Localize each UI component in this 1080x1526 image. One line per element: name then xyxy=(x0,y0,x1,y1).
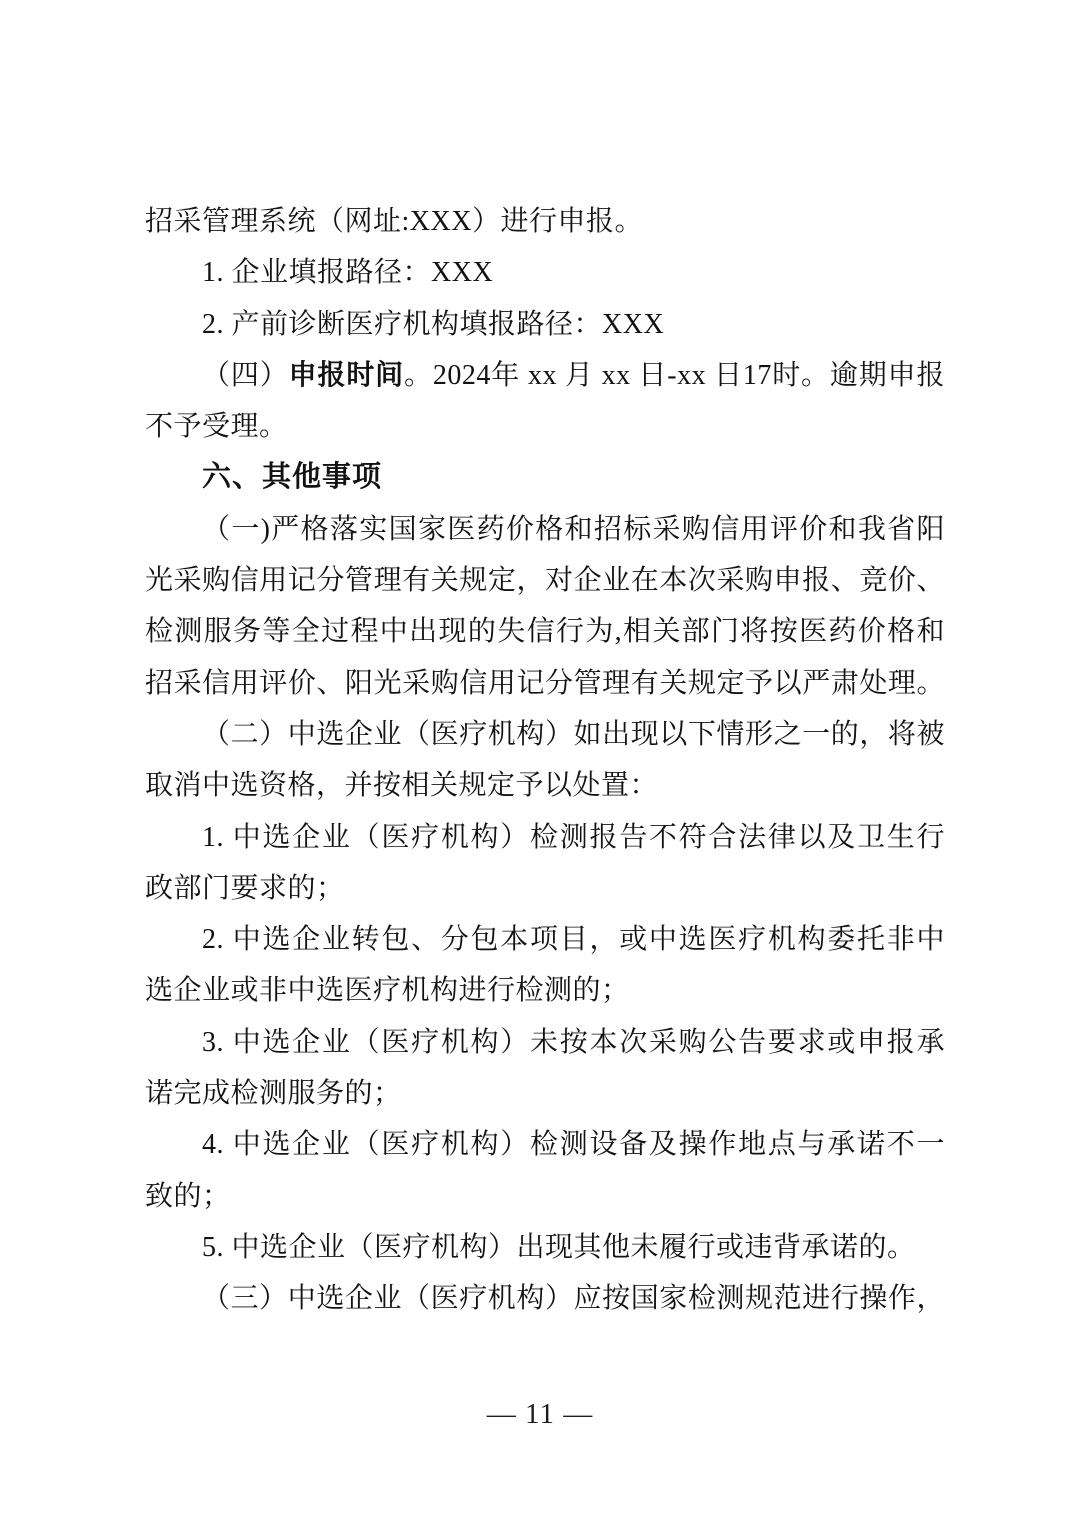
text-line: 招采管理系统（网址:XXX）进行申报。 xyxy=(145,196,945,247)
section-heading: 六、其他事项 xyxy=(145,452,945,503)
text-run: 4. 中选企业（医疗机构）检测设备及操作地点与承诺不一 xyxy=(202,1129,945,1160)
text-run: 招采信用评价、阳光采购信用记分管理有关规定予以严肃处理。 xyxy=(145,668,945,699)
text-line: 5. 中选企业（医疗机构）出现其他未履行或违背承诺的。 xyxy=(145,1222,945,1273)
text-run-bold: 申报时间 xyxy=(289,360,404,391)
text-run: 2. 中选企业转包、分包本项目，或中选医疗机构委托非中 xyxy=(202,924,945,955)
text-run-bold: 六、其他事项 xyxy=(202,461,382,493)
text-run: 检测服务等全过程中出现的失信行为,相关部门将按医药价格和 xyxy=(145,616,945,647)
page-footer: — 11 — xyxy=(0,1398,1080,1431)
text-line: 不予受理。 xyxy=(145,401,945,452)
page-number: — 11 — xyxy=(487,1398,593,1430)
text-run: （三）中选企业（医疗机构）应按国家检测规范进行操作， xyxy=(202,1283,945,1314)
text-line: 招采信用评价、阳光采购信用记分管理有关规定予以严肃处理。 xyxy=(145,658,945,709)
text-line: 选企业或非中选医疗机构进行检测的； xyxy=(145,965,945,1016)
text-line: （一)严格落实国家医药价格和招标采购信用评价和我省阳 xyxy=(145,504,945,555)
text-run: 政部门要求的； xyxy=(145,873,345,904)
text-line: 2. 中选企业转包、分包本项目，或中选医疗机构委托非中 xyxy=(145,914,945,965)
text-line: （四）申报时间。2024年 xx 月 xx 日-xx 日17时。逾期申报 xyxy=(145,350,945,401)
text-run: 选企业或非中选医疗机构进行检测的； xyxy=(145,975,630,1006)
text-run: 3. 中选企业（医疗机构）未按本次采购公告要求或申报承 xyxy=(202,1027,945,1058)
text-run: 诺完成检测服务的； xyxy=(145,1078,402,1109)
text-line: 2. 产前诊断医疗机构填报路径：XXX xyxy=(145,299,945,350)
text-run: （二）中选企业（医疗机构）如出现以下情形之一的，将被 xyxy=(202,719,945,750)
text-run: 5. 中选企业（医疗机构）出现其他未履行或违背承诺的。 xyxy=(202,1232,916,1263)
text-line: 检测服务等全过程中出现的失信行为,相关部门将按医药价格和 xyxy=(145,606,945,657)
text-run: 不予受理。 xyxy=(145,411,288,442)
text-line: 4. 中选企业（医疗机构）检测设备及操作地点与承诺不一 xyxy=(145,1119,945,1170)
text-line: 致的； xyxy=(145,1171,945,1222)
text-run: 致的； xyxy=(145,1181,231,1212)
text-line: 政部门要求的； xyxy=(145,863,945,914)
text-line: 1. 企业填报路径：XXX xyxy=(145,247,945,298)
document-page: 招采管理系统（网址:XXX）进行申报。1. 企业填报路径：XXX2. 产前诊断医… xyxy=(0,0,1080,1526)
text-run: （四） xyxy=(202,360,289,391)
text-run: （一)严格落实国家医药价格和招标采购信用评价和我省阳 xyxy=(202,514,945,545)
text-line: （三）中选企业（医疗机构）应按国家检测规范进行操作， xyxy=(145,1273,945,1324)
text-run: 取消中选资格，并按相关规定予以处置： xyxy=(145,770,658,801)
text-line: 光采购信用记分管理有关规定，对企业在本次采购申报、竞价、 xyxy=(145,555,945,606)
text-run: 1. 中选企业（医疗机构）检测报告不符合法律以及卫生行 xyxy=(202,822,945,853)
text-line: （二）中选企业（医疗机构）如出现以下情形之一的，将被 xyxy=(145,709,945,760)
text-line: 取消中选资格，并按相关规定予以处置： xyxy=(145,760,945,811)
text-line: 诺完成检测服务的； xyxy=(145,1068,945,1119)
text-run: 招采管理系统（网址:XXX）进行申报。 xyxy=(145,206,643,237)
text-run: 。2024年 xx 月 xx 日-xx 日17时。逾期申报 xyxy=(404,360,945,391)
text-run: 1. 企业填报路径：XXX xyxy=(202,257,493,288)
text-run: 光采购信用记分管理有关规定，对企业在本次采购申报、竞价、 xyxy=(145,565,945,596)
text-line: 3. 中选企业（医疗机构）未按本次采购公告要求或申报承 xyxy=(145,1017,945,1068)
document-body: 招采管理系统（网址:XXX）进行申报。1. 企业填报路径：XXX2. 产前诊断医… xyxy=(145,196,945,1325)
text-run: 2. 产前诊断医疗机构填报路径：XXX xyxy=(202,309,664,340)
text-line: 1. 中选企业（医疗机构）检测报告不符合法律以及卫生行 xyxy=(145,812,945,863)
